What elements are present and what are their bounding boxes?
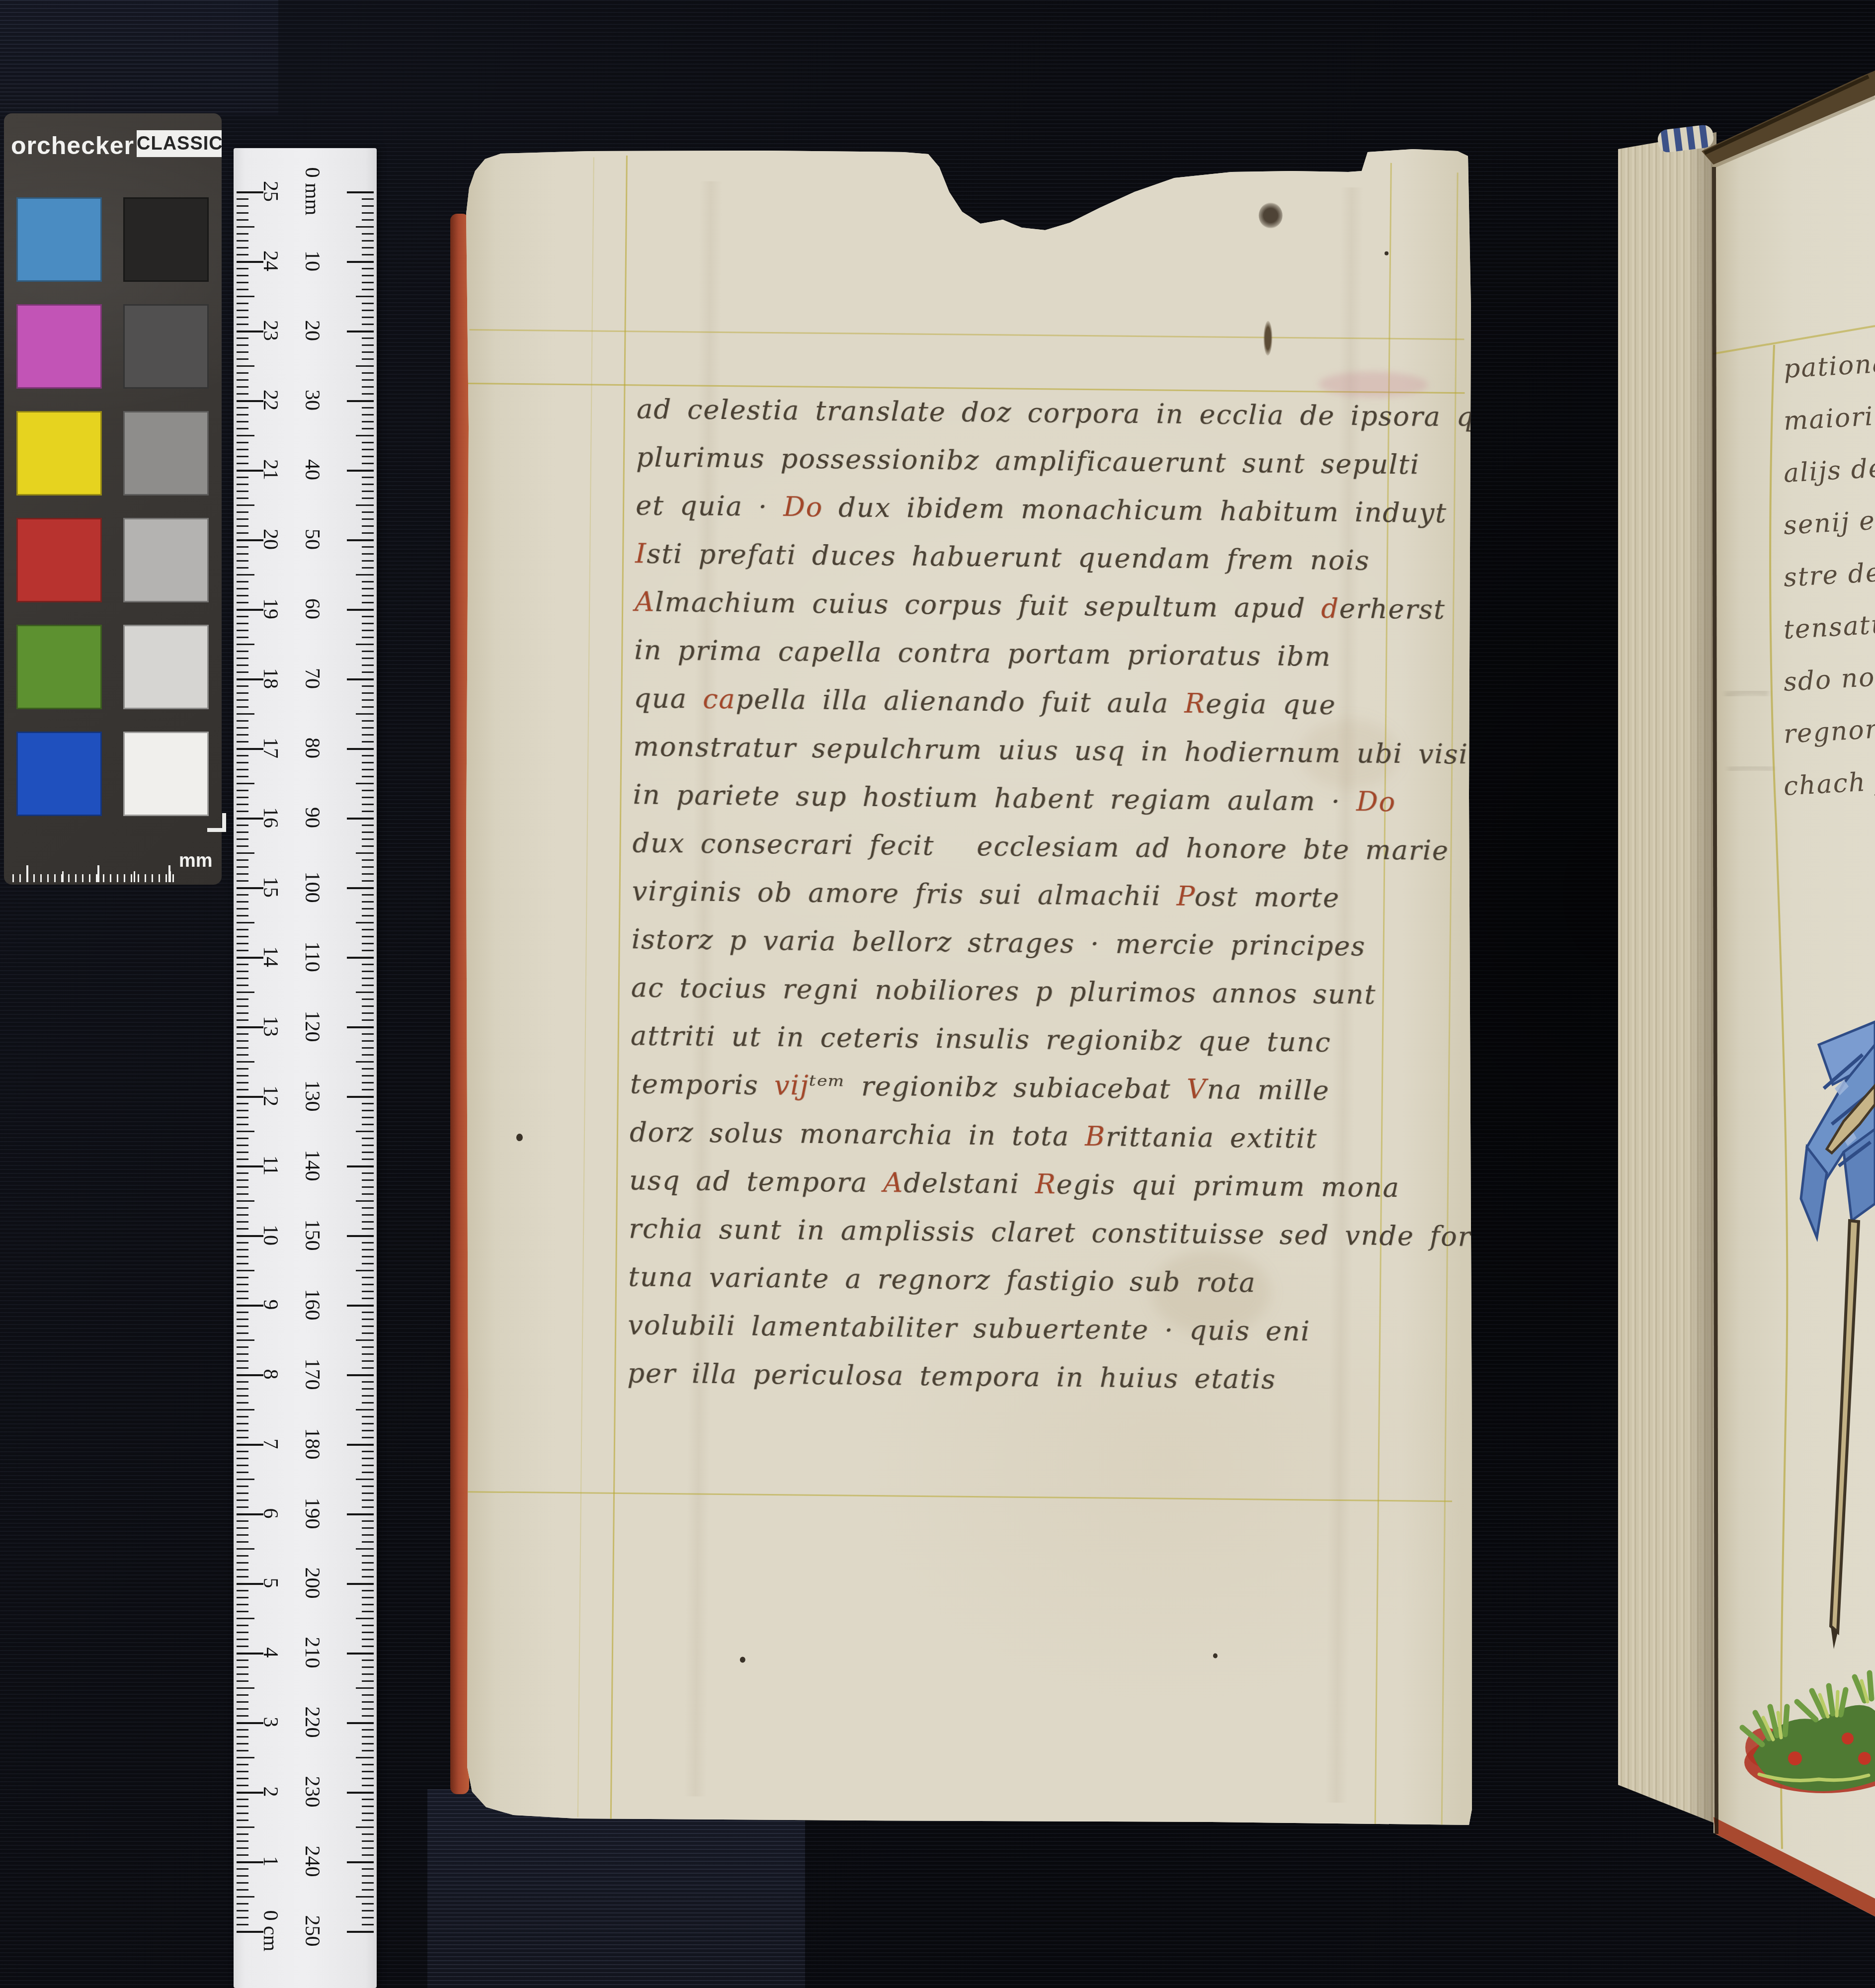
manuscript-line-segment: A <box>883 1167 904 1198</box>
ruler-label: 200 <box>300 1568 324 1599</box>
manuscript-line-segment: I <box>635 538 647 569</box>
ruler-label: 5 <box>258 1578 282 1588</box>
manuscript-line: rchia sunt in amplissis claret constitui… <box>629 1213 1472 1252</box>
card-title: orchecker <box>11 131 134 160</box>
ruler-label: 240 <box>300 1846 324 1877</box>
ruler-label: 12 <box>258 1085 282 1106</box>
ruler-label: 22 <box>258 390 282 411</box>
manuscript-line-segment: A <box>635 586 655 617</box>
manuscript-line-segment: usq ad tempora <box>629 1164 884 1198</box>
card-patch-black <box>123 197 209 282</box>
ruler-label: 3 <box>258 1717 282 1728</box>
manuscript-line-segment: B <box>1085 1121 1106 1152</box>
ruler-left-cm-ticks <box>237 191 263 1933</box>
left-manuscript-page: ad celestia translate doz corpora in ecc… <box>466 149 1472 1835</box>
manuscript-line-segment: plurimus possessionibz amplificauerunt s… <box>636 441 1420 480</box>
manuscript-line: virginis ob amore fris sui almachii Post… <box>632 875 1340 913</box>
manuscript-line-segment: istorz p varia bellorz strages · mercie … <box>631 923 1366 962</box>
manuscript-line-segment: in prima capella contra portam prioratus… <box>634 634 1331 672</box>
ink-offset-ghost <box>1725 691 1768 696</box>
ruler-label: 140 <box>300 1150 324 1181</box>
manuscript-line-segment: lmachium cuius corpus fuit sepultum apud <box>655 586 1321 624</box>
ruler-label: 19 <box>258 598 282 619</box>
measuring-ruler: 2524232221201918171615141312111098765432… <box>234 148 377 1988</box>
manuscript-line: Isti prefati duces habuerunt quendam fre… <box>635 538 1370 576</box>
ruler-label: 1 <box>258 1856 282 1867</box>
card-patch-red <box>16 518 102 602</box>
manuscript-line-segment: R <box>1184 688 1206 719</box>
ruler-label: 16 <box>258 807 282 828</box>
manuscript-line-segment: sti prefati duces habuerunt quendam frem… <box>647 538 1370 577</box>
ruler-label: 18 <box>258 668 282 689</box>
ruler-label: 14 <box>258 946 282 967</box>
ruler-label: 23 <box>258 320 282 341</box>
ruler-label: 120 <box>300 1011 324 1042</box>
manuscript-line-segment: pella illa alienando fuit aula <box>735 683 1184 719</box>
manuscript-line-segment: na mille <box>1207 1074 1330 1106</box>
ruler-label: 0 cm <box>258 1910 282 1952</box>
ruler-label: 24 <box>258 250 282 271</box>
card-badge: CLASSIC <box>137 130 222 157</box>
ruler-label: 9 <box>258 1300 282 1310</box>
ruler-label: 20 <box>258 529 282 550</box>
manuscript-line-segment: virginis ob amore fris sui almachii <box>632 875 1176 912</box>
card-patch-green <box>16 625 102 709</box>
manuscript-line: plurimus possessionibz amplificauerunt s… <box>636 441 1420 480</box>
ruler-label: 17 <box>258 738 282 758</box>
manuscript-line-segment: rittania extitit <box>1106 1121 1318 1154</box>
ruler-label: 220 <box>300 1707 324 1738</box>
left-page-text-block: ad celestia translate doz corpora in ecc… <box>450 149 1471 1844</box>
manuscript-line: tuna variante a regnorz fastigio sub rot… <box>628 1261 1256 1298</box>
manuscript-line-segment: erherst <box>1339 593 1446 625</box>
gutter-crease <box>1714 167 1716 1834</box>
ruler-label: 6 <box>258 1508 282 1519</box>
ink-offset-ghost <box>1728 767 1773 770</box>
ruler-label: 60 <box>300 598 324 619</box>
ruler-label: 170 <box>300 1359 324 1390</box>
right-page-surface: pationatu · mo h maioribz redde alijs de… <box>1710 89 1875 1928</box>
manuscript-line-segment: d <box>1321 593 1339 624</box>
manuscript-line-segment: ost morte <box>1194 881 1340 913</box>
manuscript-line-segment: et quia · <box>636 490 784 522</box>
ruler-label: 40 <box>300 459 324 480</box>
ruler-label: 21 <box>258 459 282 480</box>
manuscript-line: attriti ut in ceteris insulis regionibz … <box>631 1020 1331 1058</box>
manuscript-line: dorz solus monarchia in tota Brittania e… <box>630 1116 1318 1154</box>
manuscript-line: monstratur sepulchrum uius usq in hodier… <box>633 731 1523 770</box>
manuscript-line-segment: delstani <box>903 1167 1035 1200</box>
endband-icon <box>1657 124 1715 153</box>
card-patch-dark-gray <box>123 304 209 389</box>
ruler-label: 90 <box>300 807 324 828</box>
manuscript-line-segment: dorz solus monarchia in tota <box>630 1116 1085 1152</box>
ruler-label: 7 <box>258 1439 282 1449</box>
card-patch-light-gray <box>123 518 209 602</box>
ruler-label: 110 <box>300 941 324 972</box>
manuscript-line-segment: ᵗᵉᵐ regionibz subiacebat <box>809 1070 1187 1105</box>
card-patch-yellow <box>16 411 102 496</box>
manuscript-line-segment: ca <box>703 683 736 715</box>
manuscript-line-segment: qua <box>634 682 703 714</box>
manuscript-line-segment: egis qui primum mona <box>1056 1168 1400 1203</box>
ruler-label: 8 <box>258 1369 282 1380</box>
manuscript-line-segment: volubili lamentabiliter subuertente · qu… <box>628 1309 1310 1347</box>
manuscript-photo-scene: orchecker CLASSIC mm 2524232221201918171… <box>0 0 1875 1988</box>
manuscript-line-segment: Do <box>783 491 823 523</box>
color-checker-card: orchecker CLASSIC mm <box>4 113 222 885</box>
manuscript-line-segment: R <box>1035 1168 1057 1200</box>
right-page-assembly: pationatu · mo h maioribz redde alijs de… <box>1610 30 1875 1958</box>
ruler-label: 10 <box>300 250 324 271</box>
manuscript-line-segment: egia que <box>1206 688 1336 721</box>
manuscript-line: et quia · Do dux ibidem monachicum habit… <box>636 490 1447 529</box>
manuscript-line-segment: in pariete sup hostium habent regiam aul… <box>633 779 1356 817</box>
ruler-label: 180 <box>300 1428 324 1460</box>
ruler-label: 250 <box>300 1915 324 1947</box>
manuscript-line: istorz p varia bellorz strages · mercie … <box>631 923 1366 962</box>
manuscript-line: per illa periculosa tempora in huius eta… <box>627 1357 1276 1395</box>
ruler-label: 80 <box>300 738 324 758</box>
ruler-label: 13 <box>258 1016 282 1037</box>
ruler-right-mm-ticks <box>347 191 374 1933</box>
ruler-label: 30 <box>300 390 324 411</box>
ruler-label: 25 <box>258 181 282 202</box>
left-page-red-edge <box>450 214 469 1794</box>
ruler-label: 0 mm <box>300 167 324 216</box>
manuscript-line-segment: ad celestia translate doz corpora in ecc… <box>637 393 1537 433</box>
card-scale-unit-label: mm <box>179 850 213 872</box>
ruler-label: 100 <box>300 872 324 903</box>
manuscript-line: volubili lamentabiliter subuertente · qu… <box>628 1309 1310 1347</box>
left-page-surface: ad celestia translate doz corpora in ecc… <box>450 149 1471 1844</box>
manuscript-line-segment: ac tocius regni nobiliores p plurimos an… <box>631 972 1377 1010</box>
ruler-label: 230 <box>300 1776 324 1808</box>
manuscript-line-segment: rchia sunt in amplissis claret constitui… <box>629 1213 1472 1252</box>
card-scale-lead-ticks <box>12 874 24 882</box>
card-patch-magenta <box>16 304 102 389</box>
manuscript-line-segment: V <box>1186 1074 1207 1105</box>
registration-corner-icon <box>207 813 226 832</box>
ruler-label: 4 <box>258 1648 282 1658</box>
ruler-label: 130 <box>300 1080 324 1112</box>
card-scale-major-ticks <box>26 865 175 882</box>
ruler-label: 190 <box>300 1498 324 1529</box>
ruler-label: 10 <box>258 1225 282 1245</box>
manuscript-line: ac tocius regni nobiliores p plurimos an… <box>631 972 1377 1010</box>
manuscript-line-segment: attriti ut in ceteris insulis regionibz … <box>631 1020 1331 1058</box>
manuscript-line-segment: dux consecrari fecit ecclesiam ad honore… <box>632 827 1449 866</box>
manuscript-line-segment: per illa periculosa tempora in huius eta… <box>627 1357 1276 1395</box>
manuscript-line-segment: P <box>1176 881 1195 912</box>
ruler-label: 2 <box>258 1787 282 1797</box>
card-patch-mid-gray <box>123 411 209 496</box>
ruler-label: 50 <box>300 529 324 550</box>
manuscript-line: ad celestia translate doz corpora in ecc… <box>637 393 1537 433</box>
manuscript-line: Almachium cuius corpus fuit sepultum apu… <box>635 586 1446 625</box>
ruler-label: 11 <box>258 1156 282 1175</box>
card-mm-scale <box>26 862 175 882</box>
ruler-label: 20 <box>300 320 324 341</box>
manuscript-line: in pariete sup hostium habent regiam aul… <box>633 779 1396 818</box>
manuscript-line: usq ad tempora Adelstani Regis qui primu… <box>629 1164 1400 1203</box>
manuscript-line: temporis vijᵗᵉᵐ regionibz subiacebat Vna… <box>630 1068 1330 1106</box>
manuscript-line-segment: monstratur sepulchrum uius usq in hodier… <box>633 731 1523 770</box>
manuscript-line-segment: Do <box>1356 786 1396 818</box>
ruler-label: 210 <box>300 1637 324 1668</box>
card-patch-white <box>123 732 209 816</box>
right-page-text-block: pationatu · mo h maioribz redde alijs de… <box>1783 341 1875 802</box>
manuscript-line-segment: temporis <box>630 1068 774 1101</box>
manuscript-line-segment: vij <box>774 1070 810 1101</box>
ruler-label: 160 <box>300 1289 324 1321</box>
ruler-label: 70 <box>300 668 324 689</box>
card-patch-light-blue <box>16 197 102 282</box>
ruler-label: 150 <box>300 1220 324 1251</box>
manuscript-line: dux consecrari fecit ecclesiam ad honore… <box>632 827 1449 866</box>
card-patch-royal-blue <box>16 732 102 816</box>
card-patch-pale-gray <box>123 625 209 709</box>
manuscript-line: qua capella illa alienando fuit aula Reg… <box>634 682 1336 721</box>
manuscript-line: in prima capella contra portam prioratus… <box>634 634 1331 672</box>
ruler-label: 15 <box>258 877 282 898</box>
manuscript-line-segment: tuna variante a regnorz fastigio sub rot… <box>628 1261 1256 1298</box>
manuscript-line-segment: dux ibidem monachicum habitum induyt <box>823 492 1447 529</box>
